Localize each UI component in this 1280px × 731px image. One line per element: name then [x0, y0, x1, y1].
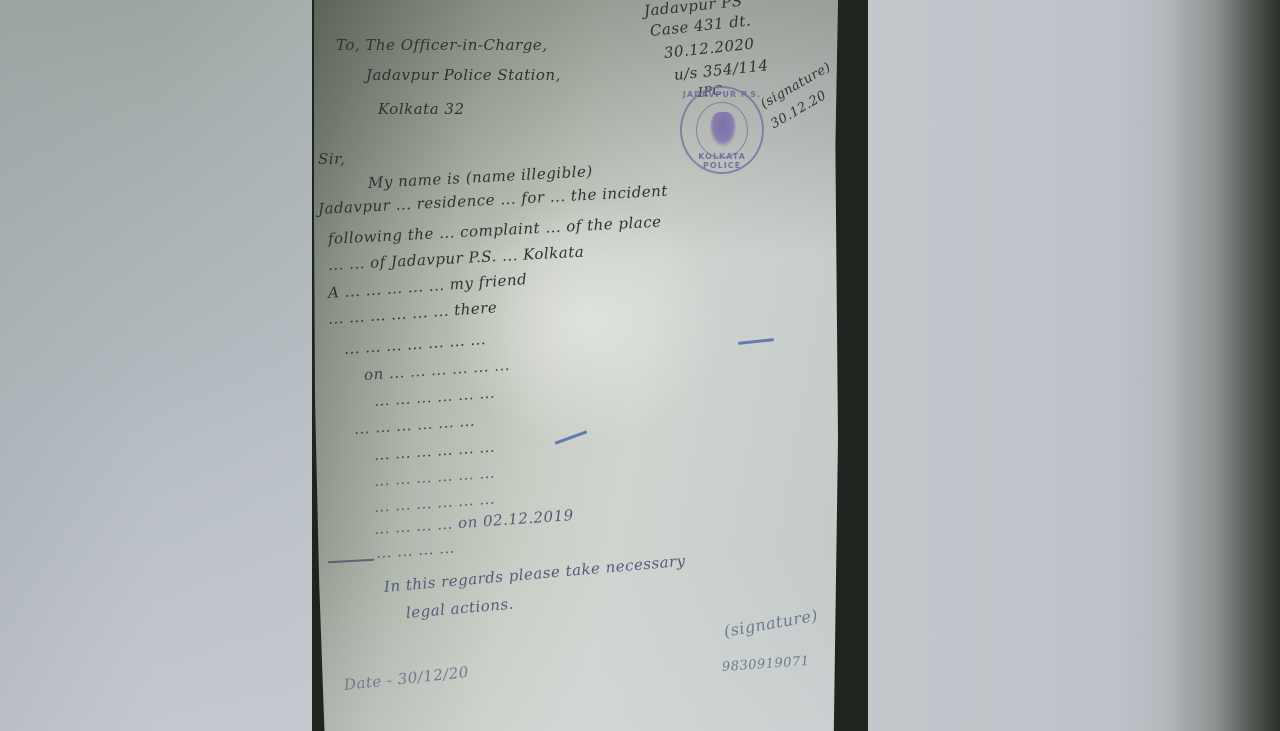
address-line: Kolkata 32: [378, 100, 465, 118]
body-line: ... ... ... ... ... ... ...: [343, 330, 486, 358]
background-right: [868, 0, 1280, 731]
stamp-top-text: JADAVPUR P.S.: [682, 90, 762, 99]
body-line: on ... ... ... ... ... ...: [363, 356, 510, 384]
address-line: Jadavpur Police Station,: [366, 66, 561, 84]
margin-mark: [328, 559, 374, 563]
body-line: ... ... ... ... ... ...: [373, 384, 495, 410]
salutation: Sir,: [318, 150, 345, 168]
signature: (signature): [722, 606, 819, 641]
body-line: ... ... ... ... ... ...: [353, 412, 475, 438]
closing-line: legal actions.: [405, 595, 514, 622]
letter-date: Date - 30/12/20: [343, 663, 470, 694]
complaint-letter: Jadavpur PS Case 431 dt. 30.12.2020 u/s …: [314, 0, 838, 731]
body-line: following the ... complaint ... of the p…: [328, 213, 662, 248]
ink-scribble: [555, 430, 588, 444]
address-line: To, The Officer-in-Charge,: [336, 36, 547, 54]
phone-number: 9830919071: [721, 654, 810, 675]
body-line: ... ... ... ...: [375, 539, 455, 562]
body-line: A ... ... ... ... ... my friend: [327, 270, 527, 302]
police-station-stamp: JADAVPUR P.S. KOLKATA POLICE: [680, 86, 764, 174]
body-line: ... ... ... ... ... ...: [373, 438, 495, 464]
ink-scribble: [738, 338, 774, 345]
annotation-line: u/s 354/114: [673, 56, 769, 84]
body-line: ... ... ... ... ... ... there: [327, 298, 497, 328]
body-line: ... ... ... ... ... ...: [373, 464, 495, 490]
state-emblem-icon: [710, 112, 736, 146]
background-left: [0, 0, 312, 731]
body-line: ... ... of Jadavpur P.S. ... Kolkata: [328, 243, 585, 274]
stamp-bottom-text: KOLKATA POLICE: [682, 152, 762, 170]
